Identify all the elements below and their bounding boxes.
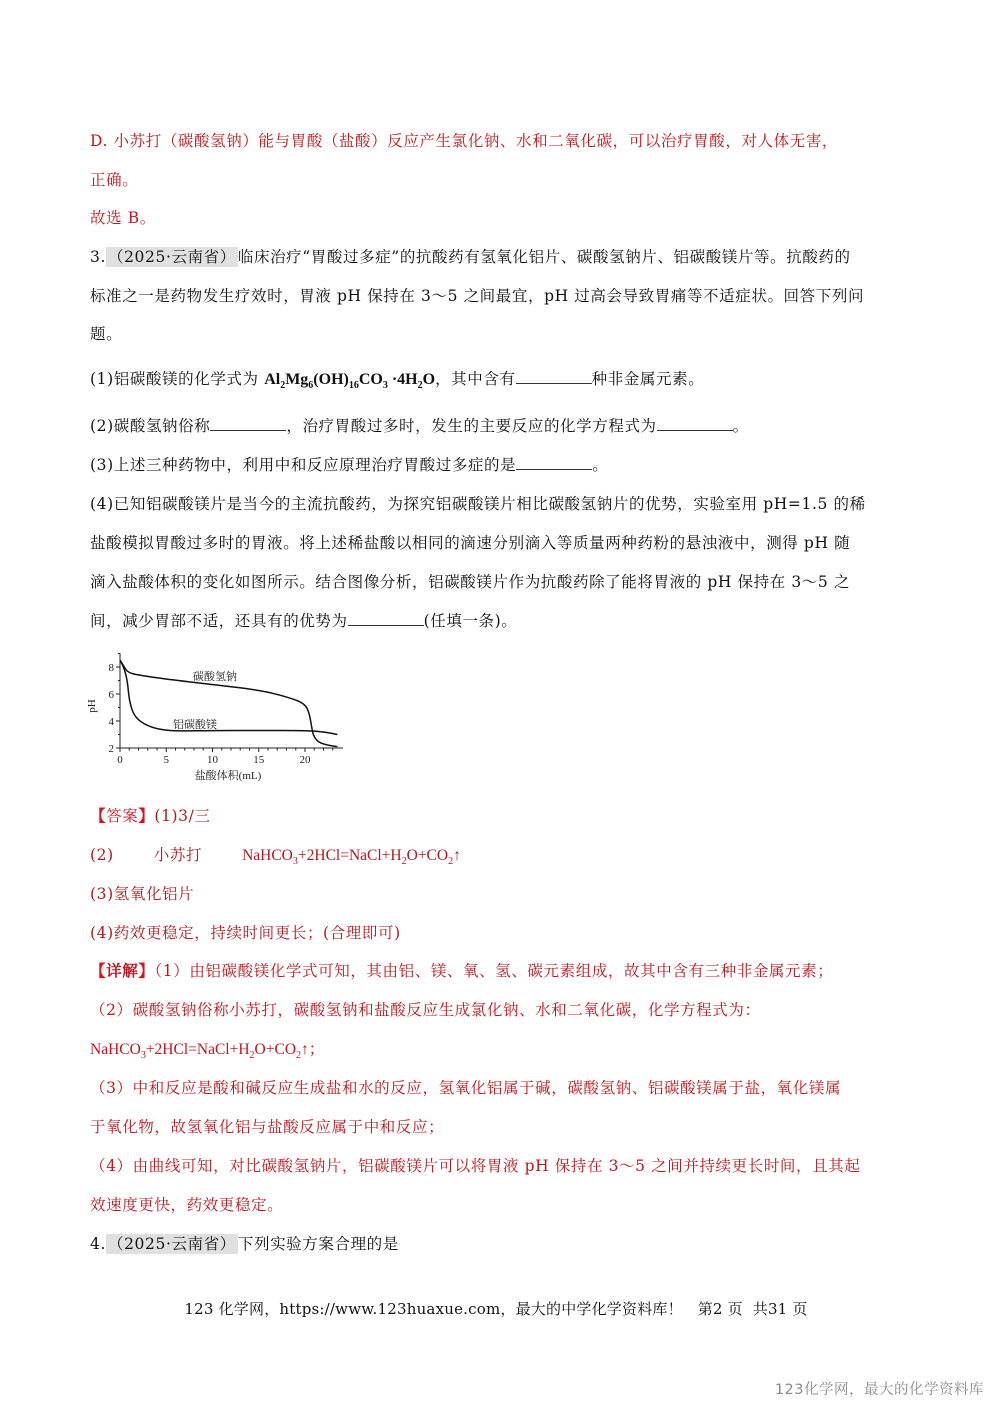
prev-answer-choice: 故选 B。 (90, 208, 156, 228)
subquestion-4-line3: 滴入盐酸体积的变化如图所示。结合图像分析，铝碳酸镁片作为抗酸药除了能将胃液的 p… (90, 572, 850, 592)
subquestion-4-line2: 盐酸模拟胃酸过多时的胃液。将上述稀盐酸以相同的滴速分别滴入等质量两种药粉的悬浊液… (90, 533, 850, 553)
detail-equation: NaHCO3+2HCl=NaCl+H2O+CO2↑； (90, 1039, 324, 1066)
svg-text:4: 4 (109, 716, 115, 728)
question3-stem-line2: 标准之一是药物发生疗效时，胃液 pH 保持在 3～5 之间最宜，pH 过高会导致… (90, 286, 864, 306)
answer-blank[interactable] (348, 611, 424, 626)
answer-blank[interactable] (516, 369, 592, 384)
x-axis-ticks (120, 748, 333, 752)
answer-blank[interactable] (657, 416, 733, 431)
subquestion-4-line1: (4)已知铝碳酸镁片是当今的主流抗酸药，为探究铝碳酸镁片相比碳酸氢钠片的优势，实… (90, 494, 866, 514)
answer-blank[interactable] (210, 416, 286, 431)
answer-line4: (4)药效更稳定，持续时间更长；(合理即可) (90, 923, 401, 943)
svg-text:2: 2 (109, 743, 115, 755)
svg-text:6: 6 (109, 689, 115, 701)
chemical-equation: NaHCO3+2HCl=NaCl+H2O+CO2↑ (242, 847, 461, 864)
prev-answer-line1: D. 小苏打（碳酸氢钠）能与胃酸（盐酸）反应产生氯化钠、水和二氧化碳，可以治疗胃… (90, 131, 838, 151)
answer-line1: 【答案】(1)3/三 (90, 806, 211, 826)
subquestion-2: (2)碳酸氢钠俗称，治疗胃酸过多时，发生的主要反应的化学方程式为。 (90, 416, 749, 436)
subquestion-3: (3)上述三种药物中，利用中和反应原理治疗胃酸过多症的是。 (90, 455, 608, 475)
detail-line2: （2）碳酸氢钠俗称小苏打，碳酸氢钠和盐酸反应生成氯化钠、水和二氧化碳，化学方程式… (90, 1000, 761, 1020)
detail-label: 详解 (106, 961, 138, 980)
answer-line2: (2)小苏打NaHCO3+2HCl=NaCl+H2O+CO2↑ (90, 845, 461, 872)
detail-line4a: （4）由曲线可知，对比碳酸氢钠片，铝碳酸镁片可以将胃液 pH 保持在 3～5 之… (90, 1156, 860, 1176)
question-text: 临床治疗“胃酸过多症”的抗酸药有氢氧化铝片、碳酸氢钠片、铝碳酸镁片等。抗酸药的 (238, 248, 851, 266)
series-label-almg: 铝碳酸镁 (173, 717, 217, 731)
y-axis-ticks (116, 654, 120, 749)
detail-line4b: 效速度更快，药效更稳定。 (90, 1195, 283, 1215)
svg-text:8: 8 (109, 662, 115, 674)
svg-text:10: 10 (207, 754, 219, 766)
svg-text:20: 20 (300, 754, 312, 766)
watermark: 123化学网，最大的化学资料库 (775, 1378, 984, 1399)
y-axis-label: pH (88, 699, 98, 713)
answer-label: 答案 (106, 807, 138, 825)
series-label-nahco3: 碳酸氢钠 (193, 669, 237, 683)
detail-line1: 【详解】（1）由铝碳酸镁化学式可知，其由铝、镁、氧、氢、碳元素组成，故其中含有三… (90, 961, 833, 981)
answer-line3: (3)氢氧化铝片 (90, 884, 194, 904)
prev-answer-line2: 正确。 (90, 170, 138, 190)
x-axis-label: 盐酸体积(mL) (195, 768, 262, 782)
svg-text:15: 15 (253, 754, 265, 766)
chemical-formula: Al2Mg6(OH)16CO3 ·4H2O (264, 371, 435, 388)
question3-stem-line1: 3.（2025·云南省）临床治疗“胃酸过多症”的抗酸药有氢氧化铝片、碳酸氢钠片、… (90, 247, 851, 267)
detail-line3b: 于氧化物，故氢氧化铝与盐酸反应属于中和反应； (90, 1117, 444, 1137)
question-number: 3. (90, 248, 106, 266)
svg-text:5: 5 (164, 754, 170, 766)
question4-stem: 4.（2025·云南省）下列实验方案合理的是 (90, 1234, 399, 1254)
answer-blank[interactable] (516, 455, 592, 470)
page-footer: 123 化学网，https://www.123huaxue.com，最大的中学化… (0, 1298, 992, 1319)
question3-stem-line3: 题。 (90, 324, 122, 344)
subquestion-4-line4: 间，减少胃部不适，还具有的优势为(任填一条)。 (90, 611, 517, 631)
subquestion-1: (1)铝碳酸镁的化学式为 Al2Mg6(OH)16CO3 ·4H2O，其中含有种… (90, 369, 704, 396)
chart-axes (120, 653, 343, 748)
x-tick-labels: 05101520 (117, 754, 311, 766)
question-number: 4. (90, 1235, 106, 1253)
ph-titration-chart: 05101520 2468 pH 盐酸体积(mL) 碳酸氢钠 铝碳酸镁 (88, 648, 358, 790)
source-badge: （2025·云南省） (106, 247, 238, 267)
svg-text:0: 0 (117, 754, 123, 766)
y-tick-labels: 2468 (109, 662, 115, 755)
detail-line3a: （3）中和反应是酸和碱反应生成盐和水的反应，氢氧化铝属于碱，碳酸氢钠、铝碳酸镁属… (90, 1078, 841, 1098)
source-badge: （2025·云南省） (106, 1234, 238, 1254)
